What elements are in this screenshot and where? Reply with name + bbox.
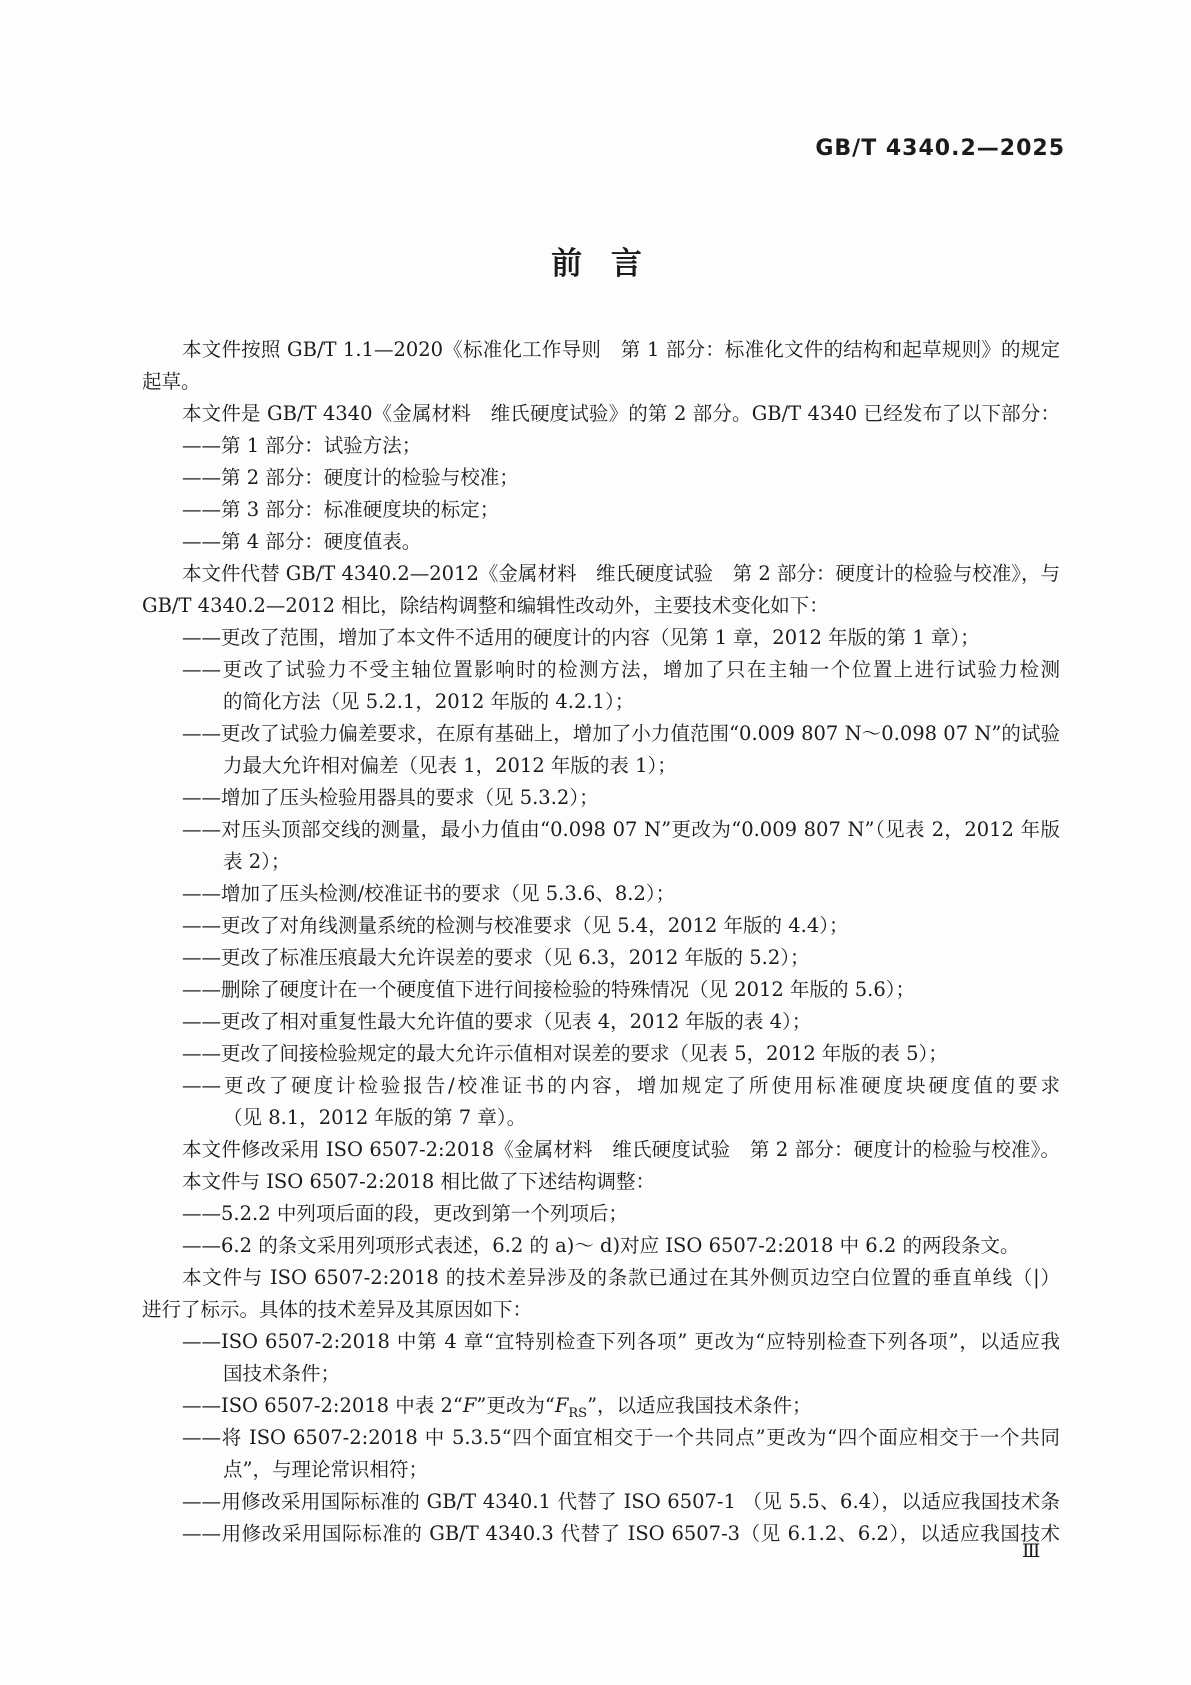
standard-code-header: GB/T 4340.2—2025: [815, 136, 1065, 161]
text-line: 点”，与理论常识相符；: [142, 1454, 1060, 1486]
text-line: 力最大允许相对偏差（见表 1，2012 年版的表 1）；: [142, 750, 1060, 782]
text-line: ——对压头顶部交线的测量，最小力值由“0.098 07 N”更改为“0.009 …: [142, 814, 1060, 846]
text-line: ——更改了试验力不受主轴位置影响时的检测方法，增加了只在主轴一个位置上进行试验力…: [142, 654, 1060, 686]
text-line: （见 8.1，2012 年版的第 7 章）。: [142, 1102, 1060, 1134]
text-line: 本文件与 ISO 6507-2:2018 相比做了下述结构调整：: [142, 1166, 1060, 1198]
text-line: ——第 2 部分：硬度计的检验与校准；: [142, 462, 1060, 494]
text-line: 本文件与 ISO 6507-2:2018 的技术差异涉及的条款已通过在其外侧页边…: [142, 1262, 1060, 1294]
text-line: ——增加了压头检测/校准证书的要求（见 5.3.6、8.2）；: [142, 878, 1060, 910]
text-line: ——用修改采用国际标准的 GB/T 4340.3 代替了 ISO 6507-3（…: [142, 1518, 1060, 1550]
text-line: ——第 1 部分：试验方法；: [142, 430, 1060, 462]
text-line: 本文件修改采用 ISO 6507-2:2018《金属材料 维氏硬度试验 第 2 …: [142, 1134, 1060, 1166]
text-line: ——增加了压头检验用器具的要求（见 5.3.2）；: [142, 782, 1060, 814]
text-line: ——更改了试验力偏差要求，在原有基础上，增加了小力值范围“0.009 807 N…: [142, 718, 1060, 750]
text-line: 进行了标示。具体的技术差异及其原因如下：: [142, 1294, 1060, 1326]
text-line: 起草。: [142, 366, 1060, 398]
text-line: ——第 3 部分：标准硬度块的标定；: [142, 494, 1060, 526]
text-line: 本文件按照 GB/T 1.1—2020《标准化工作导则 第 1 部分：标准化文件…: [142, 334, 1060, 366]
text-line: 本文件是 GB/T 4340《金属材料 维氏硬度试验》的第 2 部分。GB/T …: [142, 398, 1060, 430]
text-line: ——更改了标准压痕最大允许误差的要求（见 6.3，2012 年版的 5.2）；: [142, 942, 1060, 974]
text-line: ——更改了范围，增加了本文件不适用的硬度计的内容（见第 1 章，2012 年版的…: [142, 622, 1060, 654]
page-title: 前 言: [142, 238, 1060, 283]
text-line: 本文件代替 GB/T 4340.2—2012《金属材料 维氏硬度试验 第 2 部…: [142, 558, 1060, 590]
text-line: ——第 4 部分：硬度值表。: [142, 526, 1060, 558]
page-number: Ⅲ: [1022, 1540, 1040, 1562]
text-line: ——更改了间接检验规定的最大允许示值相对误差的要求（见表 5，2012 年版的表…: [142, 1038, 1060, 1070]
text-line: ——ISO 6507-2:2018 中第 4 章“宜特别检查下列各项” 更改为“…: [142, 1326, 1060, 1358]
text-line: ——用修改采用国际标准的 GB/T 4340.1 代替了 ISO 6507-1 …: [142, 1486, 1060, 1518]
text-line: ——更改了硬度计检验报告/校准证书的内容，增加规定了所使用标准硬度块硬度值的要求: [142, 1070, 1060, 1102]
text-line: 表 2）；: [142, 846, 1060, 878]
text-line: ——ISO 6507-2:2018 中表 2“F”更改为“FRS”，以适应我国技…: [142, 1390, 1060, 1422]
text-line: ——更改了相对重复性最大允许值的要求（见表 4，2012 年版的表 4）；: [142, 1006, 1060, 1038]
text-line: 的简化方法（见 5.2.1，2012 年版的 4.2.1）；: [142, 686, 1060, 718]
text-line: ——更改了对角线测量系统的检测与校准要求（见 5.4，2012 年版的 4.4）…: [142, 910, 1060, 942]
document-page: GB/T 4340.2—2025 前 言 本文件按照 GB/T 1.1—2020…: [0, 0, 1191, 1685]
text-line: ——5.2.2 中列项后面的段，更改到第一个列项后；: [142, 1198, 1060, 1230]
text-line: GB/T 4340.2—2012 相比，除结构调整和编辑性改动外，主要技术变化如…: [142, 590, 1060, 622]
text-line: ——6.2 的条文采用列项形式表述，6.2 的 a)～ d)对应 ISO 650…: [142, 1230, 1060, 1262]
text-line: ——删除了硬度计在一个硬度值下进行间接检验的特殊情况（见 2012 年版的 5.…: [142, 974, 1060, 1006]
text-line: ——将 ISO 6507-2:2018 中 5.3.5“四个面宜相交于一个共同点…: [142, 1422, 1060, 1454]
document-body: 本文件按照 GB/T 1.1—2020《标准化工作导则 第 1 部分：标准化文件…: [142, 334, 1060, 1550]
text-line: 国技术条件；: [142, 1358, 1060, 1390]
